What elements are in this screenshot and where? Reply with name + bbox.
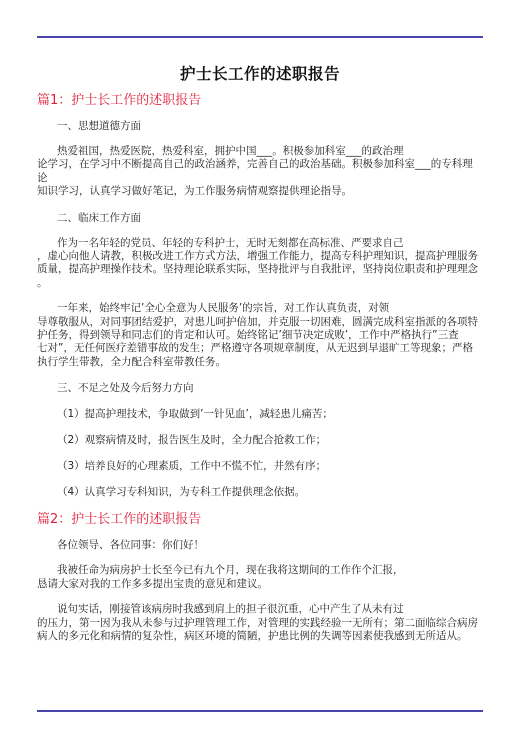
document-page: 护士长工作的述职报告 篇1：护士长工作的述职报告 一、思想道德方面 热爱祖国，热… (37, 62, 483, 655)
text-line: 病人的多元化和病情的复杂性，病区环境的简陋，护患比例的失调等因素使我感到无所适从… (37, 630, 483, 643)
text-line: 的压力，第一因为我从未参与过护理管理工作，对管理的实践经验一无所有；第二面临综合… (37, 617, 483, 630)
text-line: 恳请大家对我的工作多多提出宝贵的意见和建议。 (37, 578, 483, 591)
section2-paragraph-2: 一年来，始终牢记’全心全意为人民服务’的宗旨，对工作认真负责，对领 导尊敬服从，… (37, 302, 483, 369)
section2-paragraph-1: 作为一名年轻的党员、年轻的专科护士，无时无刻都在高标准、严要求自己 ，虚心向他人… (37, 237, 483, 291)
header-rule (37, 36, 483, 38)
list-item: （1）提高护理技术，争取做到’一针见血’，减轻患儿痛苦； (57, 407, 483, 421)
text-line: ，虚心向他人请教，积极改进工作方式方法，增强工作能力，提高专科护理知识，提高护理… (37, 250, 483, 263)
text-line: 导尊敬服从，对同事团结爱护，对患儿呵护倍加，并克服一切困难，圆满完成科室指派的各… (37, 316, 483, 329)
text-line: 说句实话，刚接管该病房时我感到肩上的担子很沉重，心中产生了从未有过 (37, 603, 483, 616)
text-line: 知识学习，认真学习做好笔记，为工作服务病情观察提供理论指导。 (37, 185, 483, 198)
text-line: 。 (37, 277, 483, 290)
text-line: 护任务，得到领导和同志们的肯定和认可。始终铭记’细节决定成败’，工作中严格执行”… (37, 329, 483, 342)
footer-rule (37, 710, 483, 712)
text-line: 执行学生带教，全力配合科室带教任务。 (37, 356, 483, 369)
part1-heading: 篇1：护士长工作的述职报告 (37, 92, 483, 110)
part2-paragraph-1: 我被任命为病房护士长至今已有九个月，现在我将这期间的工作作个汇报， 恳请大家对我… (37, 564, 483, 591)
section1-paragraph: 热爱祖国，热爱医院，热爱科室，拥护中国___。积极参加科室___的政治理 论学习… (37, 145, 483, 199)
text-line: 作为一名年轻的党员、年轻的专科护士，无时无刻都在高标准、严要求自己 (37, 237, 483, 250)
greeting: 各位领导、各位同事：你们好！ (57, 538, 483, 552)
text-line: 论学习，在学习中不断提高自己的政治涵养，完善自己的政治基础。积极参加科室___的… (37, 158, 483, 185)
section2-heading: 二、临床工作方面 (57, 211, 483, 225)
text-line: 我被任命为病房护士长至今已有九个月，现在我将这期间的工作作个汇报， (37, 564, 483, 577)
list-item: （2）观察病情及时，报告医生及时，全力配合抢救工作； (57, 433, 483, 447)
section1-heading: 一、思想道德方面 (57, 119, 483, 133)
text-line: 热爱祖国，热爱医院，热爱科室，拥护中国___。积极参加科室___的政治理 (37, 145, 483, 158)
section3-heading: 三、不足之处及今后努力方向 (57, 381, 483, 395)
text-line: 七对”，无任何医疗差错事故的发生；严格遵守各项规章制度，从无迟到早退旷工等现象；… (37, 342, 483, 355)
part2-heading: 篇2：护士长工作的述职报告 (37, 511, 483, 529)
list-item: （3）培养良好的心理素质，工作中不慌不忙，井然有序； (57, 459, 483, 473)
page-title: 护士长工作的述职报告 (37, 62, 483, 86)
text-line: 质量，提高护理操作技术。坚持理论联系实际，坚持批评与自我批评，坚持岗位职责和护理… (37, 263, 483, 276)
text-line: 一年来，始终牢记’全心全意为人民服务’的宗旨，对工作认真负责，对领 (37, 302, 483, 315)
part2-paragraph-2: 说句实话，刚接管该病房时我感到肩上的担子很沉重，心中产生了从未有过 的压力，第一… (37, 603, 483, 643)
list-item: （4）认真学习专科知识，为专科工作提供理念依据。 (57, 485, 483, 499)
